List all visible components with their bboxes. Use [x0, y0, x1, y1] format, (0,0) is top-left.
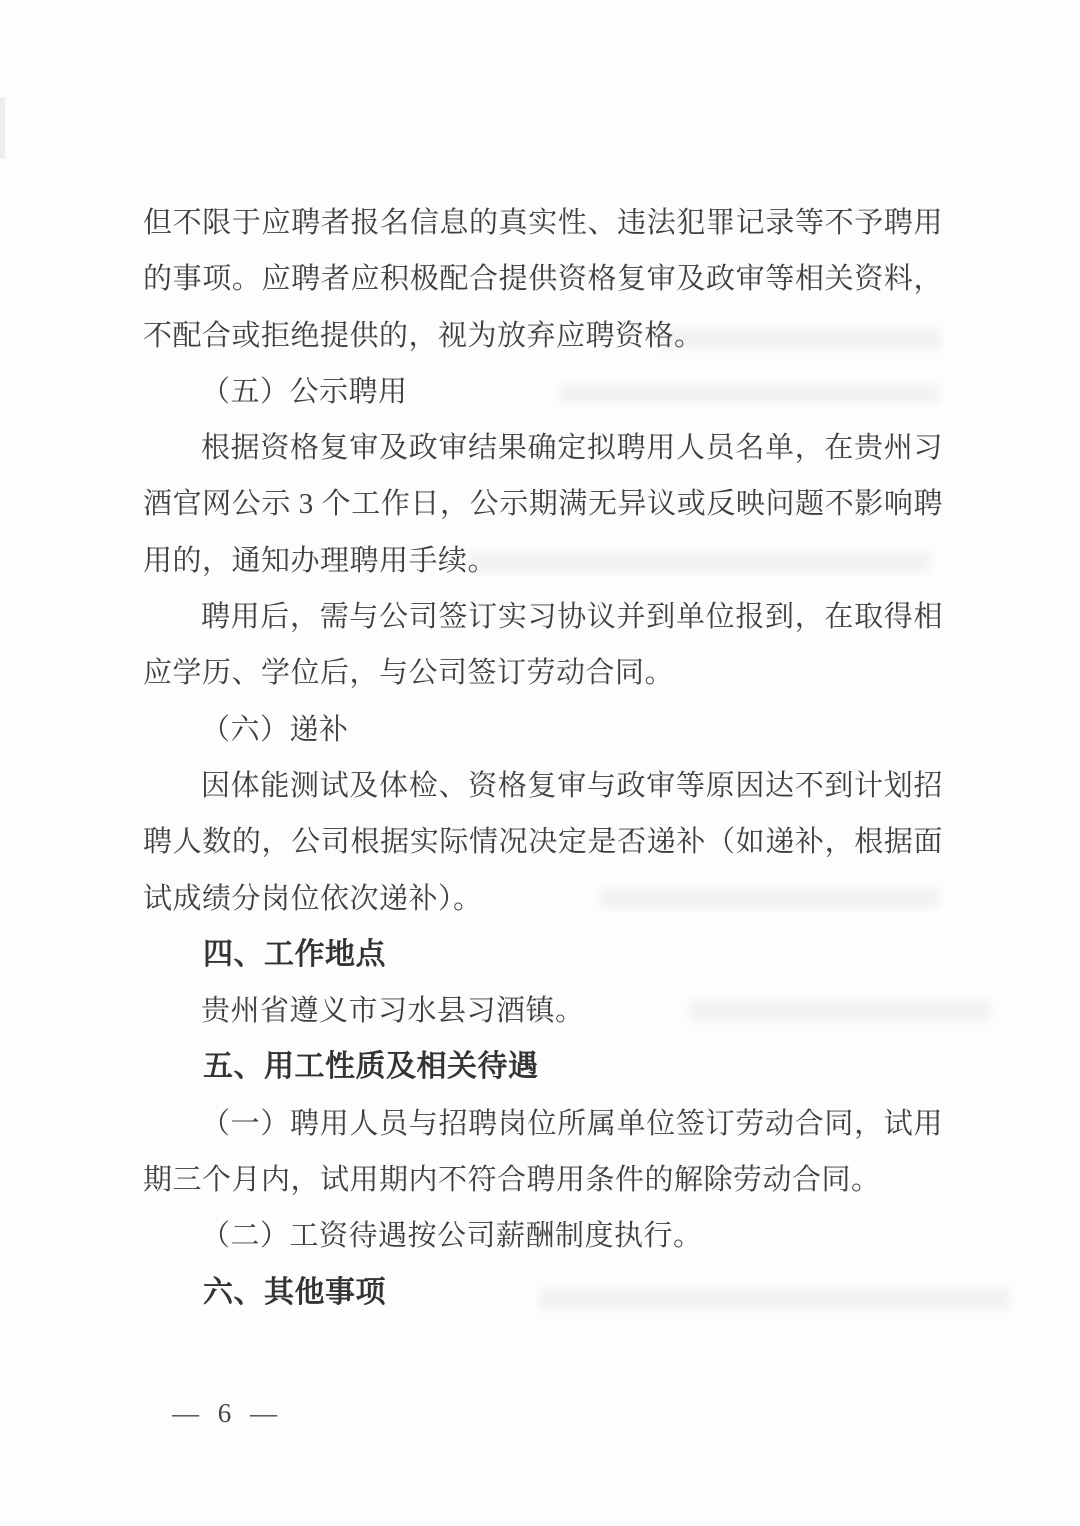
document-body: 但不限于应聘者报名信息的真实性、违法犯罪记录等不予聘用的事项。应聘者应积极配合提…: [143, 195, 943, 1321]
page-number: — 6 —: [172, 1398, 283, 1429]
section-6-heading: 六、其他事项: [143, 1265, 943, 1321]
document-page: 但不限于应聘者报名信息的真实性、违法犯罪记录等不予聘用的事项。应聘者应积极配合提…: [0, 0, 1080, 1526]
section-5-item-2: （二）工资待遇按公司薪酬制度执行。: [143, 1208, 943, 1264]
section-5-item-1: （一）聘用人员与招聘岗位所属单位签订劳动合同，试用期三个月内，试用期内不符合聘用…: [143, 1096, 943, 1209]
subsection-5-paragraph-2: 聘用后，需与公司签订实习协议并到单位报到，在取得相应学历、学位后，与公司签订劳动…: [143, 589, 943, 702]
paragraph-carryover: 但不限于应聘者报名信息的真实性、违法犯罪记录等不予聘用的事项。应聘者应积极配合提…: [143, 195, 943, 364]
subsection-5-paragraph-1: 根据资格复审及政审结果确定拟聘用人员名单，在贵州习酒官网公示 3 个工作日，公示…: [143, 420, 943, 589]
section-4-heading: 四、工作地点: [143, 927, 943, 983]
subsection-6-heading: （六）递补: [143, 702, 943, 758]
subsection-6-paragraph: 因体能测试及体检、资格复审与政审等原因达不到计划招聘人数的，公司根据实际情况决定…: [143, 758, 943, 927]
scan-edge-artifact: [0, 97, 5, 159]
section-4-paragraph: 贵州省遵义市习水县习酒镇。: [143, 983, 943, 1039]
section-5-heading: 五、用工性质及相关待遇: [143, 1039, 943, 1095]
subsection-5-heading: （五）公示聘用: [143, 364, 943, 420]
